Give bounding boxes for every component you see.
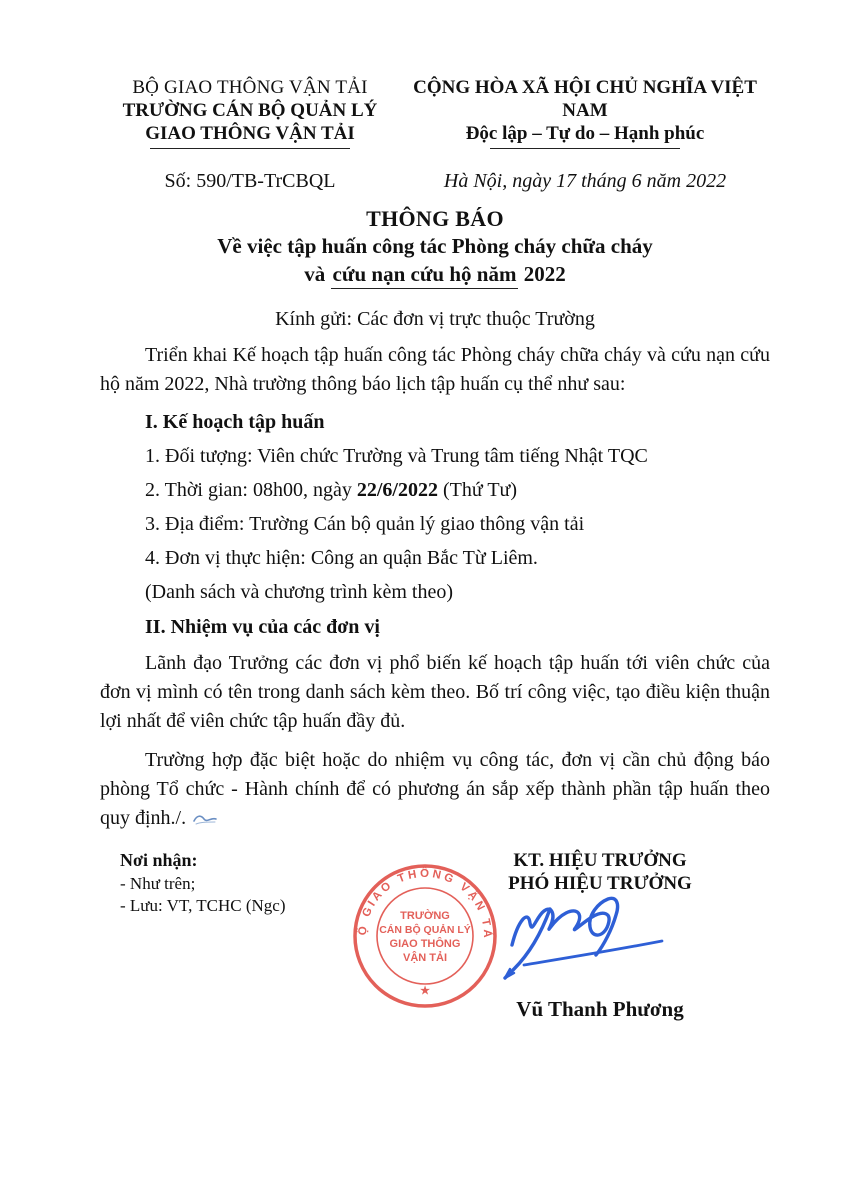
section-2-paragraph-1: Lãnh đạo Trưởng các đơn vị phổ biến kế h…: [100, 649, 770, 736]
paraph-mark: [192, 812, 218, 826]
section-1-item-1: 1. Đối tượng: Viên chức Trường và Trung …: [100, 445, 770, 468]
subject-line-2-suffix: 2022: [518, 262, 565, 286]
document-page: BỘ GIAO THÔNG VẬN TẢI TRƯỜNG CÁN BỘ QUẢN…: [0, 0, 848, 1200]
signature-main-stroke: [512, 898, 618, 955]
signature-graphic: [490, 883, 675, 988]
signature-scribble: [490, 883, 675, 988]
section-1-heading: I. Kế hoạch tập huấn: [100, 411, 770, 434]
title-block: THÔNG BÁO Về việc tập huấn công tác Phòn…: [100, 206, 770, 288]
stamp-center-line-3: GIAO THÔNG: [390, 937, 461, 950]
signer-name: Vũ Thanh Phương: [430, 997, 770, 1022]
section-2-heading: II. Nhiệm vụ của các đơn vị: [100, 616, 770, 639]
item-2-date-bold: 22/6/2022: [357, 479, 438, 501]
agency-underline: [150, 148, 350, 149]
section-1-item-2: 2. Thời gian: 08h00, ngày 22/6/2022 (Thứ…: [100, 479, 770, 502]
place-and-date: Hà Nội, ngày 17 tháng 6 năm 2022: [400, 170, 770, 193]
national-motto: Độc lập – Tự do – Hạnh phúc: [400, 122, 770, 145]
attachment-note: (Danh sách và chương trình kèm theo): [100, 581, 770, 604]
stamp-center-line-4: VẬN TẢI: [403, 951, 447, 964]
motto-underline: [490, 148, 680, 149]
section-1-item-3: 3. Địa điểm: Trường Cán bộ quản lý giao …: [100, 513, 770, 536]
stamp-center-line-1: TRƯỜNG: [400, 909, 450, 922]
recipients-line-2: - Lưu: VT, TCHC (Ngc): [120, 895, 286, 917]
section-1-item-4: 4. Đơn vị thực hiện: Công an quận Bắc Từ…: [100, 547, 770, 570]
footer-block: Nơi nhận: - Như trên; - Lưu: VT, TCHC (N…: [100, 849, 770, 1179]
issuing-agency-block: BỘ GIAO THÔNG VẬN TẢI TRƯỜNG CÁN BỘ QUẢN…: [100, 76, 400, 149]
stamp-graphic: BỘ GIAO THÔNG VẬN TẢI TRƯỜNG CÁN BỘ QUẢN…: [350, 861, 500, 1011]
subject-line-2-underlined: cứu nạn cứu hộ năm: [331, 262, 519, 289]
parent-agency: BỘ GIAO THÔNG VẬN TẢI: [100, 76, 400, 99]
signature-underline-stroke: [524, 941, 662, 965]
document-type-title: THÔNG BÁO: [100, 206, 770, 232]
agency-name-line2: GIAO THÔNG VẬN TẢI: [100, 122, 400, 145]
item-2-suffix: (Thứ Tư): [438, 479, 517, 501]
stamp-inner-circle: [377, 888, 473, 984]
salutation: Kính gửi: Các đơn vị trực thuộc Trường: [100, 308, 770, 331]
stamp-center-line-2: CÁN BỘ QUẢN LÝ: [379, 923, 471, 936]
subject-line-2-prefix: và: [304, 262, 330, 286]
section-2-paragraph-2: Trường hợp đặc biệt hoặc do nhiệm vụ côn…: [100, 746, 770, 833]
item-2-prefix: 2. Thời gian: 08h00, ngày: [145, 479, 357, 501]
stamp-star-icon: ★: [420, 985, 430, 997]
recipients-heading: Nơi nhận:: [120, 849, 286, 871]
recipients-block: Nơi nhận: - Như trên; - Lưu: VT, TCHC (N…: [120, 849, 286, 917]
document-number: Số: 590/TB-TrCBQL: [100, 170, 400, 193]
agency-name-line1: TRƯỜNG CÁN BỘ QUẢN LÝ: [100, 99, 400, 122]
subject-line-2: và cứu nạn cứu hộ năm 2022: [100, 260, 770, 288]
national-header: BỘ GIAO THÔNG VẬN TẢI TRƯỜNG CÁN BỘ QUẢN…: [100, 76, 770, 149]
recipients-line-1: - Như trên;: [120, 873, 286, 895]
national-motto-block: CỘNG HÒA XÃ HỘI CHỦ NGHĨA VIỆT NAM Độc l…: [400, 76, 770, 149]
country-title: CỘNG HÒA XÃ HỘI CHỦ NGHĨA VIỆT NAM: [400, 76, 770, 122]
official-stamp: BỘ GIAO THÔNG VẬN TẢI TRƯỜNG CÁN BỘ QUẢN…: [350, 861, 500, 1011]
subject-line-1: Về việc tập huấn công tác Phòng cháy chữ…: [100, 232, 770, 260]
intro-paragraph: Triển khai Kế hoạch tập huấn công tác Ph…: [100, 341, 770, 399]
reference-row: Số: 590/TB-TrCBQL Hà Nội, ngày 17 tháng …: [100, 170, 770, 193]
